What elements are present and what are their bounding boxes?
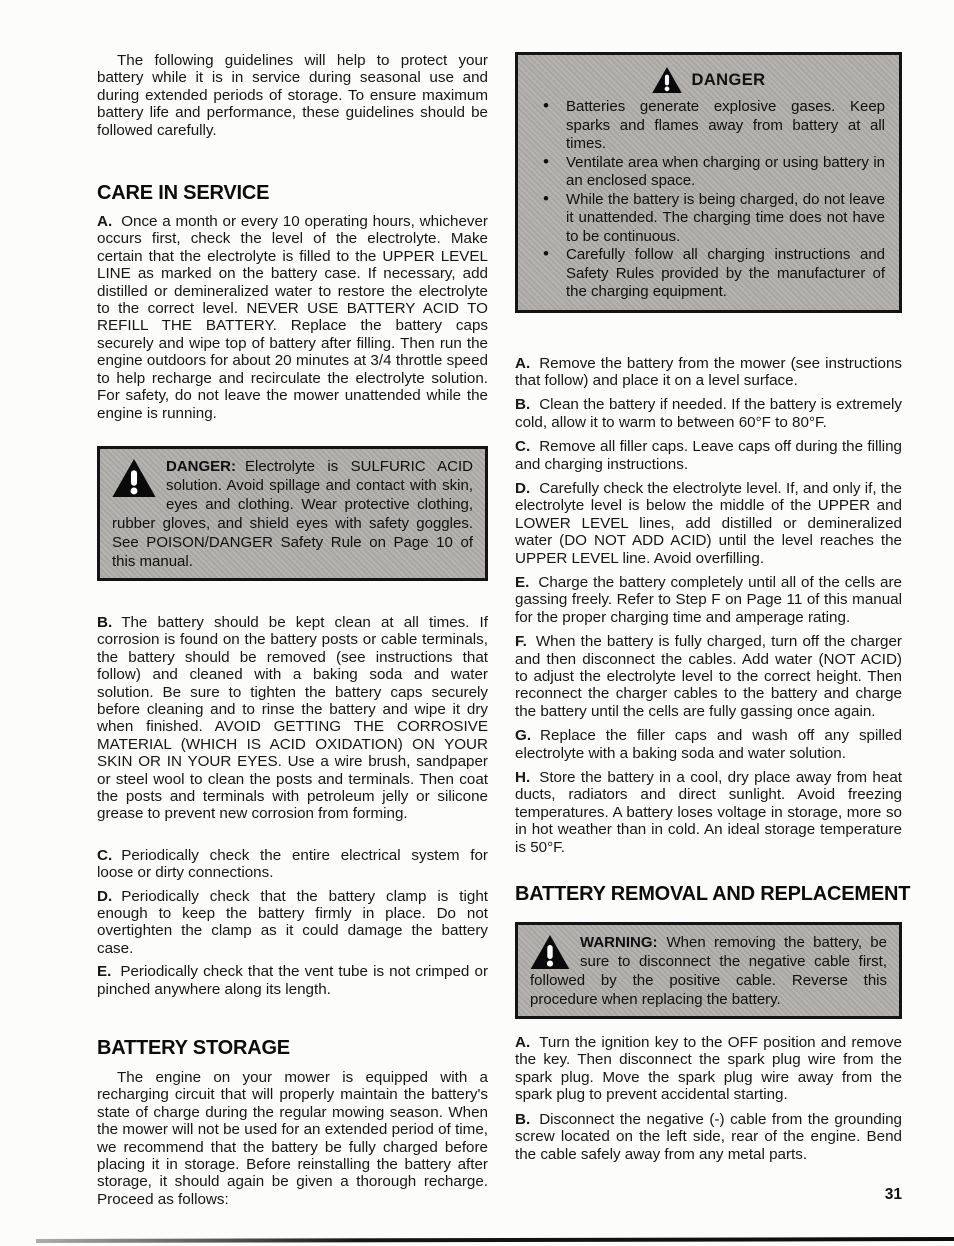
warning-triangle-icon [530, 935, 570, 969]
step-text: Periodically check the entire electrical… [97, 847, 488, 881]
intro-paragraph: The following guidelines will help to pr… [97, 52, 488, 139]
step-label: D. [97, 888, 112, 905]
care-step-e: E.Periodically check that the vent tube … [97, 963, 488, 998]
step-label: E. [515, 574, 529, 591]
step-label: A. [515, 355, 530, 372]
step-label: G. [515, 727, 531, 744]
heading-battery-removal: BATTERY REMOVAL AND REPLACEMENT [515, 882, 902, 906]
danger-bullet: Ventilate area when charging or using ba… [532, 154, 885, 191]
danger-bullet: Carefully follow all charging instructio… [532, 246, 885, 302]
step-text: Disconnect the negative (-) cable from t… [515, 1111, 902, 1163]
removal-step-a: A.Turn the ignition key to the OFF posit… [515, 1034, 902, 1104]
danger-triangle-icon [112, 459, 156, 497]
step-text: Charge the battery completely until all … [515, 574, 902, 626]
step-text: When the battery is fully charged, turn … [515, 633, 902, 720]
step-text: Periodically check that the battery clam… [97, 888, 488, 957]
care-step-b: B.The battery should be kept clean at al… [97, 614, 488, 823]
step-text: Turn the ignition key to the OFF positio… [515, 1034, 902, 1103]
charging-step-d: D.Carefully check the electrolyte level.… [515, 480, 902, 567]
care-step-a: A.Once a month or every 10 operating hou… [97, 213, 488, 422]
charging-step-e: E.Charge the battery completely until al… [515, 574, 902, 626]
step-label: B. [515, 1111, 530, 1128]
step-label: H. [515, 769, 530, 786]
charging-step-f: F.When the battery is fully charged, tur… [515, 633, 902, 720]
danger-triangle-icon [652, 67, 682, 93]
step-text: Periodically check that the vent tube is… [97, 963, 488, 997]
charging-step-g: G.Replace the filler caps and wash off a… [515, 727, 902, 762]
bottom-rule [36, 1237, 954, 1243]
care-step-d: D.Periodically check that the battery cl… [97, 888, 488, 958]
step-label: E. [97, 963, 111, 980]
battery-storage-intro: The engine on your mower is equipped wit… [97, 1069, 488, 1208]
step-label: A. [515, 1034, 530, 1051]
step-text: Remove the battery from the mower (see i… [515, 355, 902, 389]
heading-battery-storage: BATTERY STORAGE [97, 1036, 488, 1060]
danger-box-title-row: DANGER [532, 67, 885, 93]
removal-step-b: B.Disconnect the negative (-) cable from… [515, 1111, 902, 1163]
care-step-c: C.Periodically check the entire electric… [97, 847, 488, 882]
danger-note-box: DANGER:Electrolyte is SULFURIC ACID solu… [97, 446, 488, 581]
step-label: B. [97, 614, 112, 631]
danger-bullet: Batteries generate explosive gases. Keep… [532, 98, 885, 154]
step-text: Once a month or every 10 operating hours… [97, 213, 488, 421]
danger-bullet: While the battery is being charged, do n… [532, 191, 885, 247]
danger-bullet-list: Batteries generate explosive gases. Keep… [532, 98, 885, 302]
step-text: Carefully check the electrolyte level. I… [515, 480, 902, 567]
charging-step-b: B.Clean the battery if needed. If the ba… [515, 396, 902, 431]
step-label: B. [515, 396, 530, 413]
heading-care-in-service: CARE IN SERVICE [97, 181, 488, 205]
charging-danger-box: DANGER Batteries generate explosive gase… [515, 52, 902, 313]
warning-note-title: WARNING: [580, 934, 658, 951]
step-label: C. [97, 847, 112, 864]
step-label: F. [515, 633, 527, 650]
step-text: Replace the filler caps and wash off any… [515, 727, 902, 761]
warning-note-box: WARNING:When removing the battery, be su… [515, 922, 902, 1019]
step-label: C. [515, 438, 530, 455]
charging-step-h: H.Store the battery in a cool, dry place… [515, 769, 902, 856]
step-label: D. [515, 480, 530, 497]
page-number: 31 [860, 1186, 902, 1204]
step-label: A. [97, 213, 112, 230]
step-text: Clean the battery if needed. If the batt… [515, 396, 902, 430]
step-text: The battery should be kept clean at all … [97, 614, 488, 822]
step-text: Remove all filler caps. Leave caps off d… [515, 438, 902, 472]
danger-note-title: DANGER: [166, 458, 236, 475]
charging-step-c: C.Remove all filler caps. Leave caps off… [515, 438, 902, 473]
danger-box-title: DANGER [692, 71, 766, 90]
right-column: DANGER Batteries generate explosive gase… [515, 0, 902, 1163]
charging-step-a: A.Remove the battery from the mower (see… [515, 355, 902, 390]
left-column: The following guidelines will help to pr… [97, 0, 488, 1208]
step-text: Store the battery in a cool, dry place a… [515, 769, 902, 856]
